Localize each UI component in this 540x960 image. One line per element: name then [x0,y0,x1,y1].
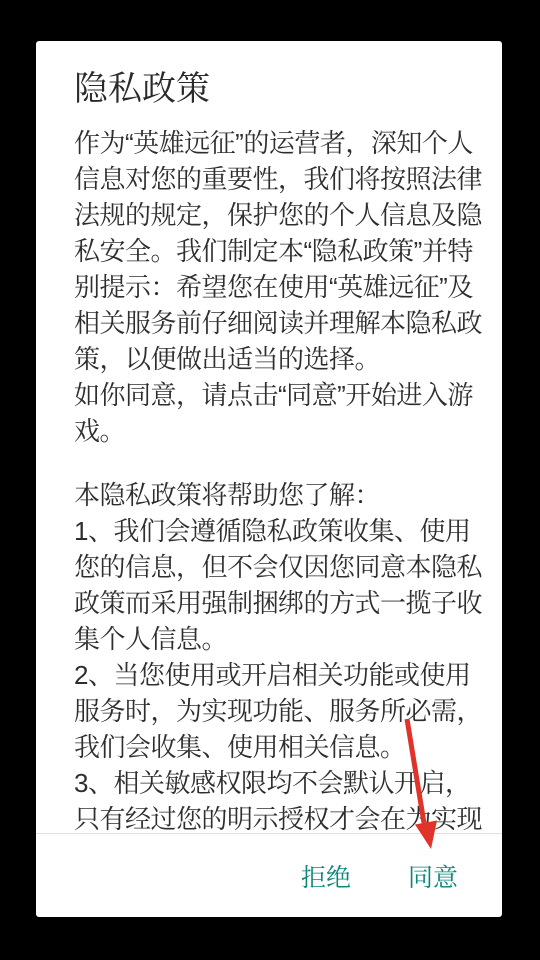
policy-overview-paragraph: 本隐私政策将帮助您了解： 1、我们会遵循隐私政策收集、使用 您的信息，但不会仅因… [74,477,464,833]
policy-scroll-area[interactable]: 作为“英雄远征”的运营者，深知个人 信息对您的重要性，我们将按照法律 法规的规定… [36,125,502,833]
agree-button[interactable]: 同意 [406,850,460,902]
dialog-title: 隐私政策 [36,41,502,111]
reject-button[interactable]: 拒绝 [299,850,353,902]
privacy-policy-dialog: 隐私政策 作为“英雄远征”的运营者，深知个人 信息对您的重要性，我们将按照法律 … [36,41,502,917]
policy-intro-paragraph: 作为“英雄远征”的运营者，深知个人 信息对您的重要性，我们将按照法律 法规的规定… [74,125,464,449]
dialog-button-bar: 拒绝 同意 [36,834,502,917]
